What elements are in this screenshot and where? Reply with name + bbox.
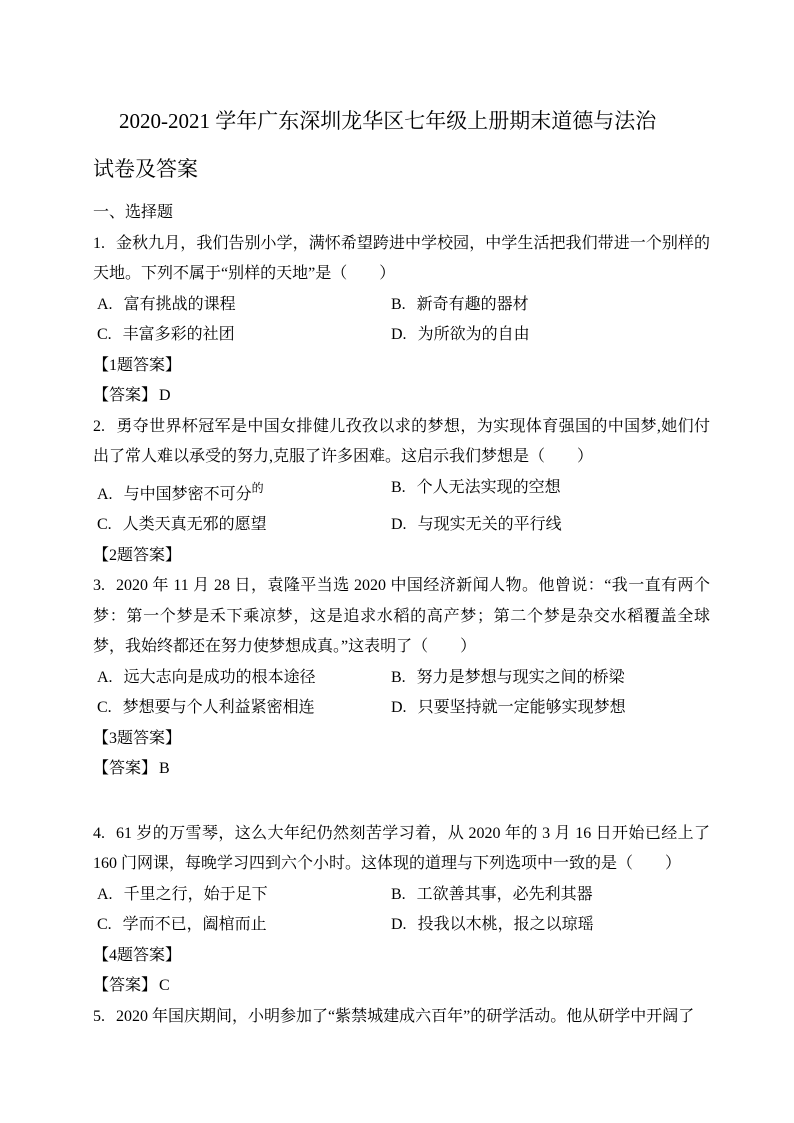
option-label: C.	[97, 699, 112, 716]
answer-label: 【答案】	[93, 387, 157, 404]
question-number: 3.	[93, 577, 105, 594]
option-item: B.工欲善其事，必先利其器	[391, 880, 710, 911]
option-item: A.富有挑战的课程	[97, 290, 391, 321]
options-grid: A.与中国梦密不可分的B.个人无法实现的空想C.人类天真无邪的愿望D.与现实无关…	[93, 473, 710, 541]
question-stem-text: 金秋九月，我们告别小学，满怀希望跨进中学校园，中学生活把我们带进一个别样的天地。…	[93, 235, 710, 283]
option-item: C.梦想要与个人利益紧密相连	[97, 693, 391, 724]
option-label: D.	[391, 699, 407, 716]
option-text: 工欲善其事，必先利其器	[417, 886, 593, 903]
option-label: D.	[391, 916, 407, 933]
option-label: A.	[97, 886, 113, 903]
option-item: D.只要坚持就一定能够实现梦想	[391, 693, 710, 724]
option-label: C.	[97, 916, 112, 933]
option-superscript: 的	[252, 481, 264, 495]
options-grid: A.远大志向是成功的根本途径B.努力是梦想与现实之间的桥梁C.梦想要与个人利益紧…	[93, 663, 710, 724]
question-number: 1.	[93, 235, 105, 252]
option-label: B.	[391, 296, 406, 313]
option-text: 为所欲为的自由	[418, 326, 530, 343]
question-stem: 2.勇夺世界杯冠军是中国女排健儿孜孜以求的梦想，为实现体育强国的中国梦,她们付出…	[93, 412, 710, 473]
option-text: 富有挑战的课程	[124, 296, 236, 313]
option-item: D.与现实无关的平行线	[391, 510, 710, 541]
option-item: A.千里之行，始于足下	[97, 880, 391, 911]
option-text: 梦想要与个人利益紧密相连	[123, 699, 315, 716]
question-stem: 1.金秋九月，我们告别小学，满怀希望跨进中学校园，中学生活把我们带进一个别样的天…	[93, 229, 710, 290]
option-label: C.	[97, 326, 112, 343]
option-item: B.努力是梦想与现实之间的桥梁	[391, 663, 710, 694]
option-label: D.	[391, 516, 407, 533]
question-number: 2.	[93, 418, 105, 435]
question-block: 5.2020 年国庆期间，小明参加了“紫禁城建成六百年”的研学活动。他从研学中开…	[93, 1002, 710, 1033]
title-line: 2020-2021 学年广东深圳龙华区七年级上册期末道德与法治	[93, 97, 710, 145]
answer-value: B	[159, 760, 170, 777]
option-text: 人类天真无邪的愿望	[123, 516, 267, 533]
question-list: 1.金秋九月，我们告别小学，满怀希望跨进中学校园，中学生活把我们带进一个别样的天…	[93, 229, 710, 1033]
option-text: 新奇有趣的器材	[417, 296, 529, 313]
answer-header: 【2题答案】	[93, 541, 710, 572]
option-label: A.	[97, 296, 113, 313]
question-block: 1.金秋九月，我们告别小学，满怀希望跨进中学校园，中学生活把我们带进一个别样的天…	[93, 229, 710, 412]
question-number: 4.	[93, 825, 105, 842]
answer-line: 【答案】D	[93, 381, 710, 412]
option-label: A.	[97, 669, 113, 686]
page-title: 2020-2021 学年广东深圳龙华区七年级上册期末道德与法治 试卷及答案	[93, 97, 710, 193]
option-item: B.个人无法实现的空想	[391, 473, 710, 511]
question-stem: 4.61 岁的万雪琴，这么大年纪仍然刻苦学习着，从 2020 年的 3 月 16…	[93, 819, 710, 880]
options-grid: A.千里之行，始于足下B.工欲善其事，必先利其器C.学而不已，阖棺而止D.投我以…	[93, 880, 710, 941]
options-grid: A.富有挑战的课程B.新奇有趣的器材C.丰富多彩的社团D.为所欲为的自由	[93, 290, 710, 351]
answer-label: 【答案】	[93, 760, 157, 777]
option-text: 努力是梦想与现实之间的桥梁	[417, 669, 625, 686]
option-item: D.投我以木桃，报之以琼瑶	[391, 910, 710, 941]
question-block: 2.勇夺世界杯冠军是中国女排健儿孜孜以求的梦想，为实现体育强国的中国梦,她们付出…	[93, 412, 710, 572]
answer-header: 【3题答案】	[93, 724, 710, 755]
option-item: A.远大志向是成功的根本途径	[97, 663, 391, 694]
option-text: 与中国梦密不可分	[124, 486, 252, 503]
answer-line: 【答案】C	[93, 971, 710, 1002]
option-item: D.为所欲为的自由	[391, 320, 710, 351]
question-number: 5.	[93, 1008, 105, 1025]
answer-line: 【答案】B	[93, 754, 710, 785]
option-text: 远大志向是成功的根本途径	[124, 669, 316, 686]
answer-header: 【1题答案】	[93, 351, 710, 382]
option-label: B.	[391, 669, 406, 686]
answer-value: D	[159, 387, 171, 404]
option-item: C.学而不已，阖棺而止	[97, 910, 391, 941]
answer-header: 【4题答案】	[93, 941, 710, 972]
question-block: 4.61 岁的万雪琴，这么大年纪仍然刻苦学习着，从 2020 年的 3 月 16…	[93, 819, 710, 1002]
option-text: 学而不已，阖棺而止	[123, 916, 267, 933]
question-stem-text: 61 岁的万雪琴，这么大年纪仍然刻苦学习着，从 2020 年的 3 月 16 日…	[93, 825, 710, 873]
option-text: 千里之行，始于足下	[124, 886, 268, 903]
section-heading: 一、选择题	[93, 198, 710, 229]
question-stem-text: 勇夺世界杯冠军是中国女排健儿孜孜以求的梦想，为实现体育强国的中国梦,她们付出了常…	[93, 418, 710, 466]
option-item: B.新奇有趣的器材	[391, 290, 710, 321]
option-text: 丰富多彩的社团	[123, 326, 235, 343]
answer-value: C	[159, 977, 170, 994]
option-item: A.与中国梦密不可分的	[97, 473, 391, 511]
option-text: 个人无法实现的空想	[417, 479, 561, 496]
option-label: C.	[97, 516, 112, 533]
option-item: C.丰富多彩的社团	[97, 320, 391, 351]
question-stem: 5.2020 年国庆期间，小明参加了“紫禁城建成六百年”的研学活动。他从研学中开…	[93, 1002, 710, 1033]
option-label: D.	[391, 326, 407, 343]
question-stem-text: 2020 年 11 月 28 日，袁隆平当选 2020 中国经济新闻人物。他曾说…	[93, 577, 710, 655]
title-line: 试卷及答案	[93, 145, 710, 193]
option-label: A.	[97, 486, 113, 503]
option-item: C.人类天真无邪的愿望	[97, 510, 391, 541]
document-page: 2020-2021 学年广东深圳龙华区七年级上册期末道德与法治 试卷及答案 一、…	[0, 0, 794, 1123]
option-text: 投我以木桃，报之以琼瑶	[418, 916, 594, 933]
question-stem-text: 2020 年国庆期间，小明参加了“紫禁城建成六百年”的研学活动。他从研学中开阔了	[116, 1008, 694, 1025]
question-block: 3.2020 年 11 月 28 日，袁隆平当选 2020 中国经济新闻人物。他…	[93, 571, 710, 785]
answer-label: 【答案】	[93, 977, 157, 994]
option-text: 只要坚持就一定能够实现梦想	[418, 699, 626, 716]
option-text: 与现实无关的平行线	[418, 516, 562, 533]
option-label: B.	[391, 886, 406, 903]
question-stem: 3.2020 年 11 月 28 日，袁隆平当选 2020 中国经济新闻人物。他…	[93, 571, 710, 663]
option-label: B.	[391, 479, 406, 496]
